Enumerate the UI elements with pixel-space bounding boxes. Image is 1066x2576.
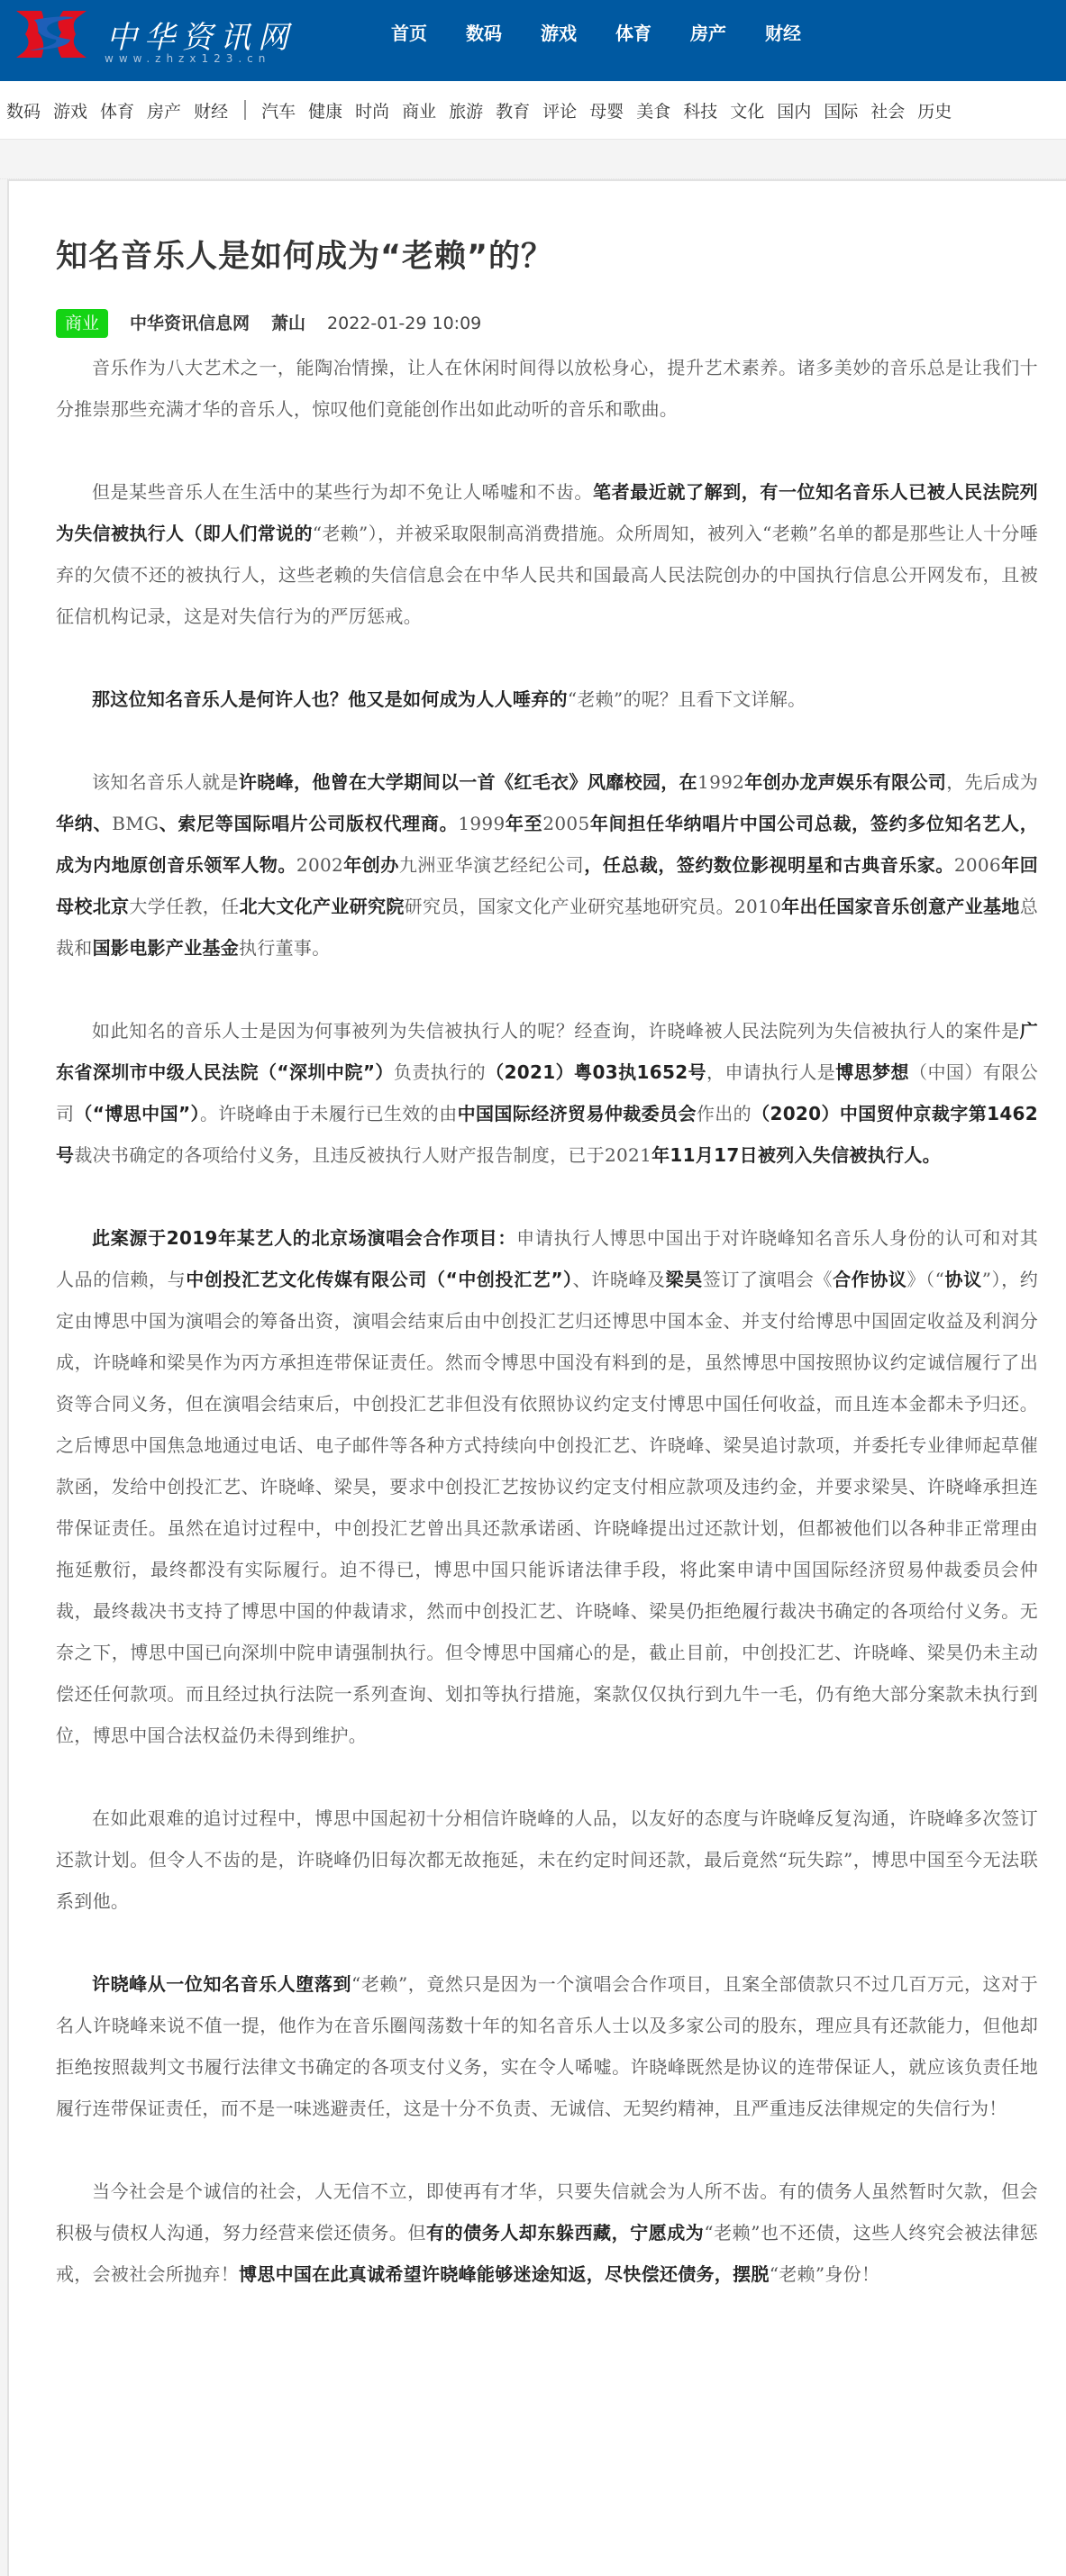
main-nav-games[interactable]: 游戏	[541, 20, 577, 47]
category-link[interactable]: 旅游	[449, 98, 483, 123]
emphasized-text: 年11月17日被列入失信被执行人。	[651, 1144, 941, 1166]
category-link[interactable]: 美食	[636, 98, 670, 123]
article-paragraph: 该知名音乐人就是许晓峰，他曾在大学期间以一首《红毛衣》风靡校园，在1992年创办…	[56, 761, 1038, 969]
category-link[interactable]: 母婴	[589, 98, 624, 123]
category-link[interactable]: 财经	[194, 98, 228, 123]
logo-icon	[11, 9, 92, 59]
category-link[interactable]: 国际	[824, 98, 858, 123]
emphasized-text: 合作协议	[833, 1269, 907, 1290]
spacer-band	[0, 140, 1066, 179]
emphasized-text: 协议	[944, 1269, 982, 1290]
article-paragraph: 此案源于2019年某艺人的北京场演唱会合作项目：申请执行人博思中国出于对许晓峰知…	[56, 1217, 1038, 1756]
emphasized-text: 中国国际经济贸易仲裁委员会	[458, 1103, 697, 1124]
main-nav-finance[interactable]: 财经	[765, 20, 801, 47]
emphasized-text: ，任总裁，签约数位影视明星和古典音乐家。	[584, 854, 954, 876]
emphasized-text: 梁昊	[666, 1269, 703, 1290]
emphasized-text: 年创办龙声娱乐有限公司	[744, 771, 946, 793]
emphasized-text: 博思梦想	[835, 1061, 909, 1083]
category-link[interactable]: 时尚	[355, 98, 389, 123]
category-nav: 数码 游戏 体育 房产 财经 汽车 健康 时尚 商业 旅游 教育 评论 母婴 美…	[0, 81, 1066, 140]
article-title: 知名音乐人是如何成为“老赖”的？	[56, 235, 1066, 278]
emphasized-text: 许晓峰，他曾在大学期间以一首《红毛衣》风靡校园，在	[239, 771, 697, 793]
site-name: 中华资讯网	[106, 13, 296, 57]
category-link[interactable]: 汽车	[261, 98, 296, 123]
article-paragraph: 音乐作为八大艺术之一，能陶冶情操，让人在休闲时间得以放松身心，提升艺术素养。诸多…	[56, 347, 1038, 430]
category-link[interactable]: 数码	[6, 98, 41, 123]
emphasized-text: 此案源于2019年某艺人的北京场演唱会合作项目：	[92, 1227, 516, 1249]
emphasized-text: 许晓峰从一位知名音乐人堕落到	[92, 1973, 351, 1995]
emphasized-text: 北大文化产业研究院	[240, 896, 405, 917]
category-link[interactable]: 国内	[777, 98, 811, 123]
category-link[interactable]: 商业	[402, 98, 436, 123]
article-source: 中华资讯信息网	[130, 310, 250, 337]
article-paragraph: 在如此艰难的追讨过程中，博思中国起初十分相信许晓峰的人品，以友好的态度与许晓峰反…	[56, 1798, 1038, 1922]
article-card: 知名音乐人是如何成为“老赖”的？ 商业 中华资讯信息网 萧山 2022-01-2…	[7, 179, 1066, 2576]
main-nav: 首页 数码 游戏 体育 房产 财经	[391, 20, 801, 47]
article-meta: 商业 中华资讯信息网 萧山 2022-01-29 10:09	[56, 309, 1066, 338]
article-author: 萧山	[271, 310, 305, 337]
site-logo[interactable]: 中华资讯网 www.zhzx123.cn	[11, 9, 308, 63]
nav-divider	[244, 100, 246, 120]
emphasized-text: 笔者最近就了解到，有一位知名音乐人已被人民法院列为失信被执行人（即人们常说的	[56, 481, 1038, 544]
article-paragraph: 那这位知名音乐人是何许人也？他又是如何成为人人唾弃的“老赖”的呢？且看下文详解。	[56, 678, 1038, 720]
emphasized-text: （2021）粤03执1652号	[486, 1061, 706, 1083]
article-date: 2022-01-29 10:09	[327, 310, 481, 337]
emphasized-text: 博思中国在此真诚希望许晓峰能够迷途知返，尽快偿还债务，摆脱	[239, 2263, 770, 2285]
emphasized-text: 年创办	[343, 854, 399, 876]
category-link[interactable]: 文化	[730, 98, 764, 123]
article-paragraph: 当今社会是个诚信的社会，人无信不立，即使再有才华，只要失信就会为人所不齿。有的债…	[56, 2171, 1038, 2295]
category-link[interactable]: 教育	[496, 98, 530, 123]
category-link[interactable]: 评论	[542, 98, 577, 123]
main-nav-digital[interactable]: 数码	[466, 20, 502, 47]
category-link[interactable]: 科技	[683, 98, 717, 123]
emphasized-text: （“博思中国”）	[74, 1103, 200, 1124]
site-url: www.zhzx123.cn	[105, 52, 270, 65]
main-nav-realestate[interactable]: 房产	[690, 20, 726, 47]
article-paragraph: 但是某些音乐人在生活中的某些行为却不免让人唏嘘和不齿。笔者最近就了解到，有一位知…	[56, 471, 1038, 637]
emphasized-text: 那这位知名音乐人是何许人也？他又是如何成为人人唾弃的	[92, 688, 568, 710]
main-nav-sports[interactable]: 体育	[615, 20, 651, 47]
article-paragraph: 许晓峰从一位知名音乐人堕落到“老赖”，竟然只是因为一个演唱会合作项目，且案全部债…	[56, 1963, 1038, 2129]
site-header: 中华资讯网 www.zhzx123.cn 首页 数码 游戏 体育 房产 财经	[0, 0, 1066, 81]
category-link[interactable]: 房产	[147, 98, 181, 123]
category-badge[interactable]: 商业	[56, 309, 108, 338]
category-link[interactable]: 游戏	[53, 98, 87, 123]
main-nav-home[interactable]: 首页	[391, 20, 427, 47]
emphasized-text: 年出任国家音乐创意产业基地	[781, 896, 1020, 917]
emphasized-text: 国影电影产业基金	[93, 937, 239, 959]
emphasized-text: 、索尼等国际唱片公司版权代理商。	[159, 813, 458, 834]
category-link[interactable]: 体育	[100, 98, 134, 123]
article-body: 音乐作为八大艺术之一，能陶冶情操，让人在休闲时间得以放松身心，提升艺术素养。诸多…	[56, 347, 1038, 2295]
emphasized-text: 有的债务人却东躲西藏，宁愿成为	[426, 2222, 704, 2244]
emphasized-text: 华纳、	[56, 813, 112, 834]
category-link[interactable]: 健康	[308, 98, 342, 123]
emphasized-text: 年至	[505, 813, 542, 834]
emphasized-text: 中创投汇艺文化传媒有限公司（“中创投汇艺”）	[186, 1269, 572, 1290]
category-link[interactable]: 社会	[870, 98, 905, 123]
article-paragraph: 如此知名的音乐人士是因为何事被列为失信被执行人的呢？经查询，许晓峰被人民法院列为…	[56, 1010, 1038, 1176]
category-link[interactable]: 历史	[917, 98, 952, 123]
